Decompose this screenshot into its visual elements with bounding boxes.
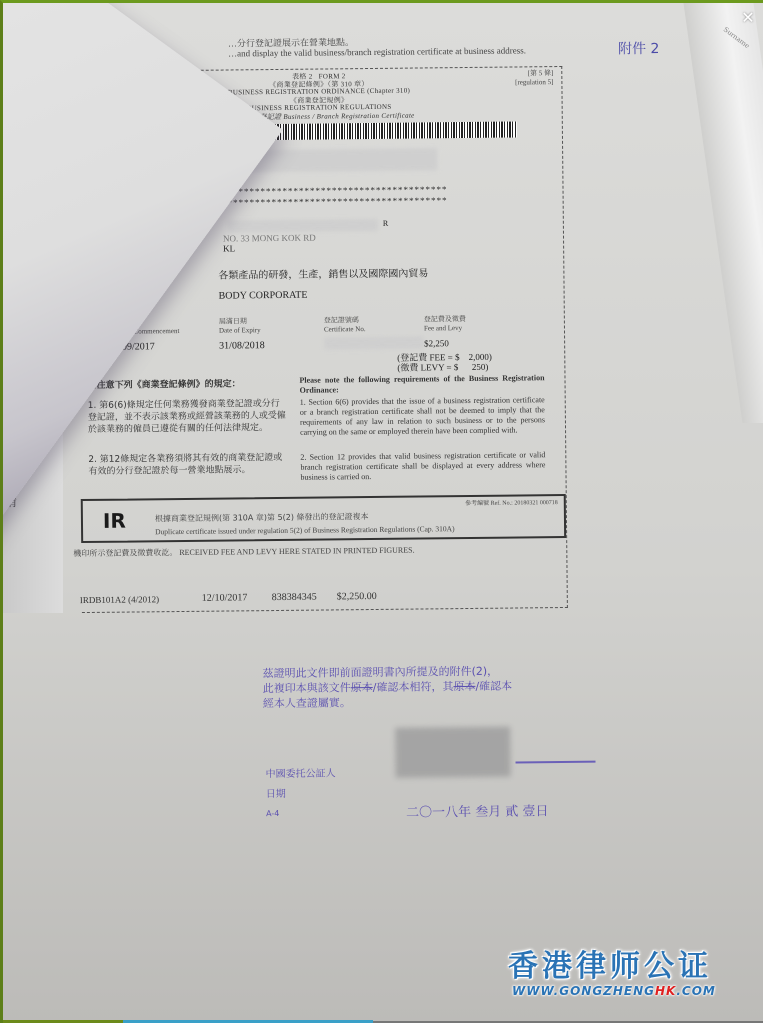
expiry-value: 31/08/2018	[219, 340, 265, 351]
branch-name-value: ****************************************	[228, 195, 448, 207]
attachment-mark: 附件 2	[618, 38, 660, 58]
fee-total: $2,250	[424, 338, 449, 348]
notary-date: 二〇一八年 叁月 貳 壹日	[406, 804, 549, 820]
note-en-2: 2. Section 12 provides that valid busine…	[300, 450, 545, 483]
fee-label: 登記費及徵費Fee and Levy	[424, 315, 466, 333]
footer-amount: $2,250.00	[337, 591, 377, 602]
signature-line	[516, 761, 596, 763]
image-viewer: Surname ONAL 注《公 登 請 …分行登記證展示在營業地點。 …and…	[0, 0, 763, 1023]
date-label: 日期	[266, 787, 286, 802]
watermark-url: WWW.GONGZHENGHK.COM	[512, 984, 716, 998]
address-line-2: KL	[223, 243, 235, 253]
redacted-signature	[395, 727, 511, 778]
ref-no: 參考編號 Ref. No.: 20180321 000718	[465, 499, 558, 509]
expiry-label: 屆滿日期Date of Expiry	[219, 317, 261, 335]
top-note-en: …and display the valid business/branch r…	[228, 45, 526, 58]
attesting-officer-label: 中國委托公証人	[266, 766, 336, 782]
note-cn-2: 2. 第12條規定各業務須將其有效的商業登記證或有效的分行登記證於每一營業地點展…	[88, 452, 288, 478]
background-text: Surname	[722, 25, 751, 50]
duplicate-note-en: Duplicate certificate issued under regul…	[155, 524, 455, 536]
ird-logo-icon: IR	[103, 509, 125, 533]
page-code: A-4	[266, 806, 279, 821]
status-value: BODY CORPORATE	[219, 290, 308, 302]
footer-date: 12/10/2017	[202, 592, 248, 603]
received-note: 機印所示登記費及徵費收訖。 RECEIVED FEE AND LEVY HERE…	[73, 546, 414, 559]
watermark-title: 香港律师公证	[508, 941, 712, 985]
address-suffix: R	[383, 219, 388, 228]
duplicate-certificate-box: IR 參考編號 Ref. No.: 20180321 000718 根據商業登記…	[81, 494, 566, 543]
notes-heading-cn: 請注意下列《商業登記條例》的規定：	[87, 378, 287, 392]
note-cn-1: 1. 第6(6)條規定任何業務獲發商業登記證或分行登記證，並不表示該業務或經營該…	[88, 398, 288, 436]
levy-line: (徵費 LEVY = $ 250)	[397, 360, 488, 374]
redacted-address	[228, 219, 378, 233]
notary-statement: 茲證明此文件即前面證明書內所提及的附件(2)， 此複印本與該文件原本/確認本相符…	[262, 664, 512, 712]
regulation-ref: [第 5 條][regulation 5]	[515, 69, 553, 87]
address-line-1: NO. 33 MONG KOK RD	[223, 233, 316, 244]
close-icon[interactable]: ✕	[739, 9, 757, 27]
form-code: IRDB101A2 (4/2012)	[80, 594, 159, 605]
nature-value: 各類產品的研發，生產，銷售以及國際國內貿易	[218, 264, 428, 281]
cert-no-label: 登記證號碼Certificate No.	[324, 316, 366, 334]
redacted-cert-no	[324, 336, 424, 349]
notes-heading-en: Please note the following requirements o…	[299, 373, 544, 396]
footer-number: 838384345	[272, 592, 317, 603]
note-en-1: 1. Section 6(6) provides that the issue …	[300, 395, 545, 438]
duplicate-note-cn: 根據商業登記規例(第 310A 章)第 5(2) 條發出的登記證複本	[155, 512, 369, 523]
